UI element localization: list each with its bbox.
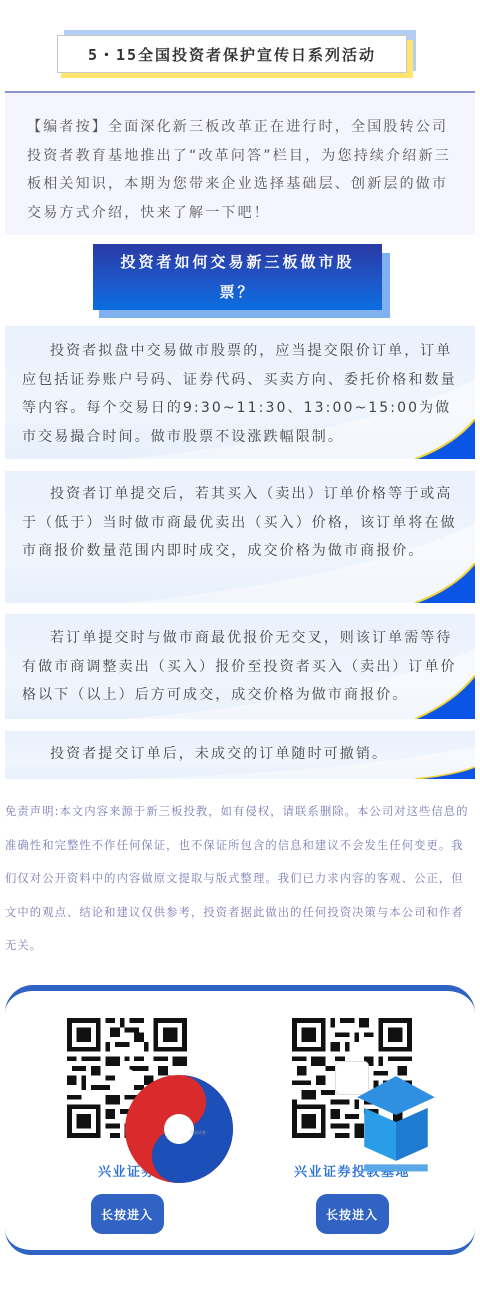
qr-item-investor-education: 兴业证券投教基地 长按进入: [262, 1018, 442, 1234]
disclaimer: 免责声明:本文内容来源于新三板投教，如有侵权，请联系删除。本公司对这些信息的准确…: [5, 795, 475, 963]
investor-education-logo-icon: [335, 1061, 369, 1095]
card-text: 投资者订单提交后，若其买入（卖出）订单价格等于或高于（低于）当时做市商最优卖出（…: [22, 480, 460, 566]
qr-code[interactable]: 兴业证券: [67, 1018, 187, 1138]
card-text: 投资者提交订单后，未成交的订单随时可撤销。: [22, 740, 460, 769]
qr-code[interactable]: [292, 1018, 412, 1138]
page-title: 5・15全国投资者保护宣传日系列活动: [88, 44, 376, 65]
title-box: 5・15全国投资者保护宣传日系列活动: [57, 35, 407, 73]
section-heading-text: 投资者如何交易新三板做市股票？: [107, 247, 369, 307]
section-heading: 投资者如何交易新三板做市股票？: [93, 244, 390, 318]
title-banner: 5・15全国投资者保护宣传日系列活动: [57, 30, 417, 78]
long-press-enter-button[interactable]: 长按进入: [316, 1194, 389, 1234]
long-press-enter-button[interactable]: 长按进入: [91, 1194, 164, 1234]
qr-watermark: 兴业证券: [190, 1130, 206, 1136]
content-card: 若订单提交时与做市商最优报价无交叉，则该订单需等待有做市商调整卖出（买入）报价至…: [5, 614, 475, 719]
card-text: 若订单提交时与做市商最优报价无交叉，则该订单需等待有做市商调整卖出（买入）报价至…: [22, 624, 460, 710]
content-card: 投资者拟盘中交易做市股票的，应当提交限价订单，订单应包括证券账户号码、证券代码、…: [5, 326, 475, 459]
panel-top-border: [5, 985, 475, 1015]
qr-item-industrial-securities: 兴业证券 兴业证券 长按进入: [37, 1018, 217, 1234]
card-text: 投资者拟盘中交易做市股票的，应当提交限价订单，订单应包括证券账户号码、证券代码、…: [22, 337, 460, 451]
editor-note: 【编者按】全面深化新三板改革正在进行时，全国股转公司投资者教育基地推出了“改革问…: [5, 91, 475, 235]
industrial-securities-logo-icon: [119, 1069, 136, 1086]
editor-note-text: 【编者按】全面深化新三板改革正在进行时，全国股转公司投资者教育基地推出了“改革问…: [27, 113, 455, 227]
content-card: 投资者提交订单后，未成交的订单随时可撤销。: [5, 731, 475, 779]
content-card: 投资者订单提交后，若其买入（卖出）订单价格等于或高于（低于）当时做市商最优卖出（…: [5, 471, 475, 603]
heading-box: 投资者如何交易新三板做市股票？: [93, 244, 382, 310]
